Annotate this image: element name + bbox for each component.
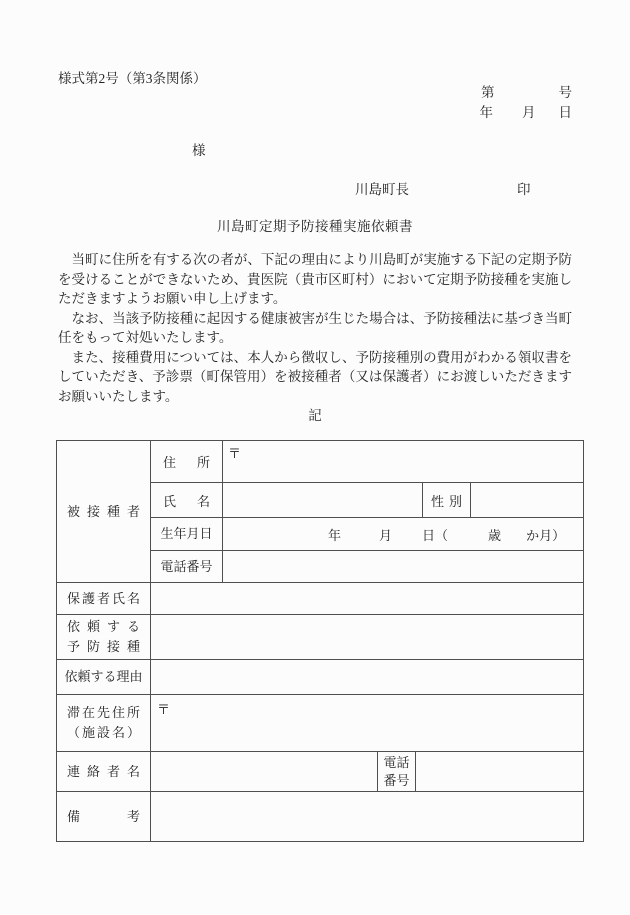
birthdate-label-cell: 生年月日 (151, 518, 223, 551)
name-label: 氏名 (151, 491, 222, 510)
guardian-field-cell (151, 583, 584, 615)
body-line: を受けることができないため、貴医院（貴市区町村）において定期予防接種を実施してい (58, 270, 572, 290)
birthdate-day-label: 日（ (422, 525, 448, 544)
reason-field-cell (151, 660, 584, 695)
birthdate-label: 生年月日 (151, 525, 222, 543)
sex-label: 性別 (423, 491, 470, 510)
stay-field-cell: 〒 (151, 695, 584, 752)
phone-label: 電話番号 (151, 558, 222, 576)
birthdate-months-label: か月） (526, 525, 565, 544)
name-label-cell: 氏名 (151, 483, 223, 518)
vaccine-label-line1: 依頼する (57, 617, 150, 637)
contact-phone-field-cell (416, 752, 584, 792)
guardian-label-cell: 保護者氏名 (57, 583, 151, 615)
name-field-cell (223, 483, 423, 518)
postal-mark: 〒 (228, 443, 241, 462)
vaccine-label-cell: 依頼する 予防接種 (57, 615, 151, 660)
date-month-label: 月 (522, 105, 536, 120)
document-page: 様式第2号（第3条関係） 第号 年月日 様 川島町長 印 川島町定期予防接種実施… (0, 0, 630, 915)
addressee-honorific: 様 (192, 139, 206, 159)
contact-field-cell (151, 752, 378, 792)
stay-label-cell: 滞在先住所 （施設名） (57, 695, 151, 752)
sender-title: 川島町長 (355, 178, 409, 198)
vaccinee-group-label-cell: 被接種者 (57, 441, 151, 583)
request-form-table: 被接種者 住所 〒 氏名 性別 生年月日 年月日（歳か月） 電話番号 保護者氏名 (56, 440, 584, 842)
seal-placeholder: 印 (517, 178, 531, 198)
address-label-cell: 住所 (151, 441, 223, 483)
doc-no-suffix: 号 (559, 85, 573, 100)
contact-label: 連絡者名 (57, 762, 150, 782)
vaccinee-group-label: 被接種者 (57, 502, 150, 522)
body-line: 任をもって対処いたします。 (58, 328, 572, 348)
body-text: 当町に住所を有する次の者が、下記の理由により川島町が実施する下記の定期予防接種 … (58, 250, 572, 406)
contact-phone-label-cell: 電話 番号 (378, 752, 416, 792)
contact-phone-label-line1: 電話 (378, 754, 415, 772)
body-line: ただきますようお願い申し上げます。 (58, 289, 572, 309)
remarks-label-cell: 備考 (57, 792, 151, 842)
vaccine-field-cell (151, 615, 584, 660)
guardian-label: 保護者氏名 (57, 589, 150, 609)
body-line: していただき、予診票（町保管用）を被接種者（又は保護者）にお渡しいただきますよう (58, 367, 572, 387)
doc-number-line: 第号 (480, 83, 573, 103)
date-day-label: 日 (559, 105, 573, 120)
reason-label-cell: 依頼する理由 (57, 660, 151, 695)
date-year-label: 年 (480, 105, 494, 120)
sex-field-cell (471, 483, 584, 518)
reason-label: 依頼する理由 (57, 668, 150, 686)
birthdate-month-label: 月 (379, 525, 392, 544)
remarks-label: 備考 (57, 807, 150, 827)
date-line: 年月日 (480, 103, 573, 123)
document-title: 川島町定期予防接種実施依頼書 (0, 215, 630, 235)
body-line: また、接種費用については、本人から徴収し、予防接種別の費用がわかる領収書を発行 (58, 348, 572, 368)
doc-no-prefix: 第 (481, 85, 495, 100)
birthdate-field-cell: 年月日（歳か月） (223, 518, 584, 551)
contact-phone-label-line2: 番号 (378, 772, 415, 790)
phone-label-cell: 電話番号 (151, 551, 223, 583)
ki-heading: 記 (58, 404, 572, 424)
birthdate-age-label: 歳 (488, 525, 501, 544)
form-number: 様式第2号（第3条関係） (58, 67, 207, 87)
sex-label-cell: 性別 (423, 483, 471, 518)
stay-label-line2: （施設名） (57, 723, 150, 743)
body-line: 当町に住所を有する次の者が、下記の理由により川島町が実施する下記の定期予防接種 (58, 250, 572, 270)
postal-mark: 〒 (157, 699, 170, 718)
birthdate-year-label: 年 (328, 525, 341, 544)
body-line: なお、当該予防接種に起因する健康被害が生じた場合は、予防接種法に基づき当町が責 (58, 309, 572, 329)
remarks-field-cell (151, 792, 584, 842)
phone-field-cell (223, 551, 584, 583)
doc-number-block: 第号 年月日 (480, 83, 573, 122)
address-label: 住所 (151, 452, 222, 471)
vaccine-label-line2: 予防接種 (57, 637, 150, 657)
stay-label-line1: 滞在先住所 (57, 703, 150, 723)
contact-label-cell: 連絡者名 (57, 752, 151, 792)
address-field-cell: 〒 (223, 441, 584, 483)
